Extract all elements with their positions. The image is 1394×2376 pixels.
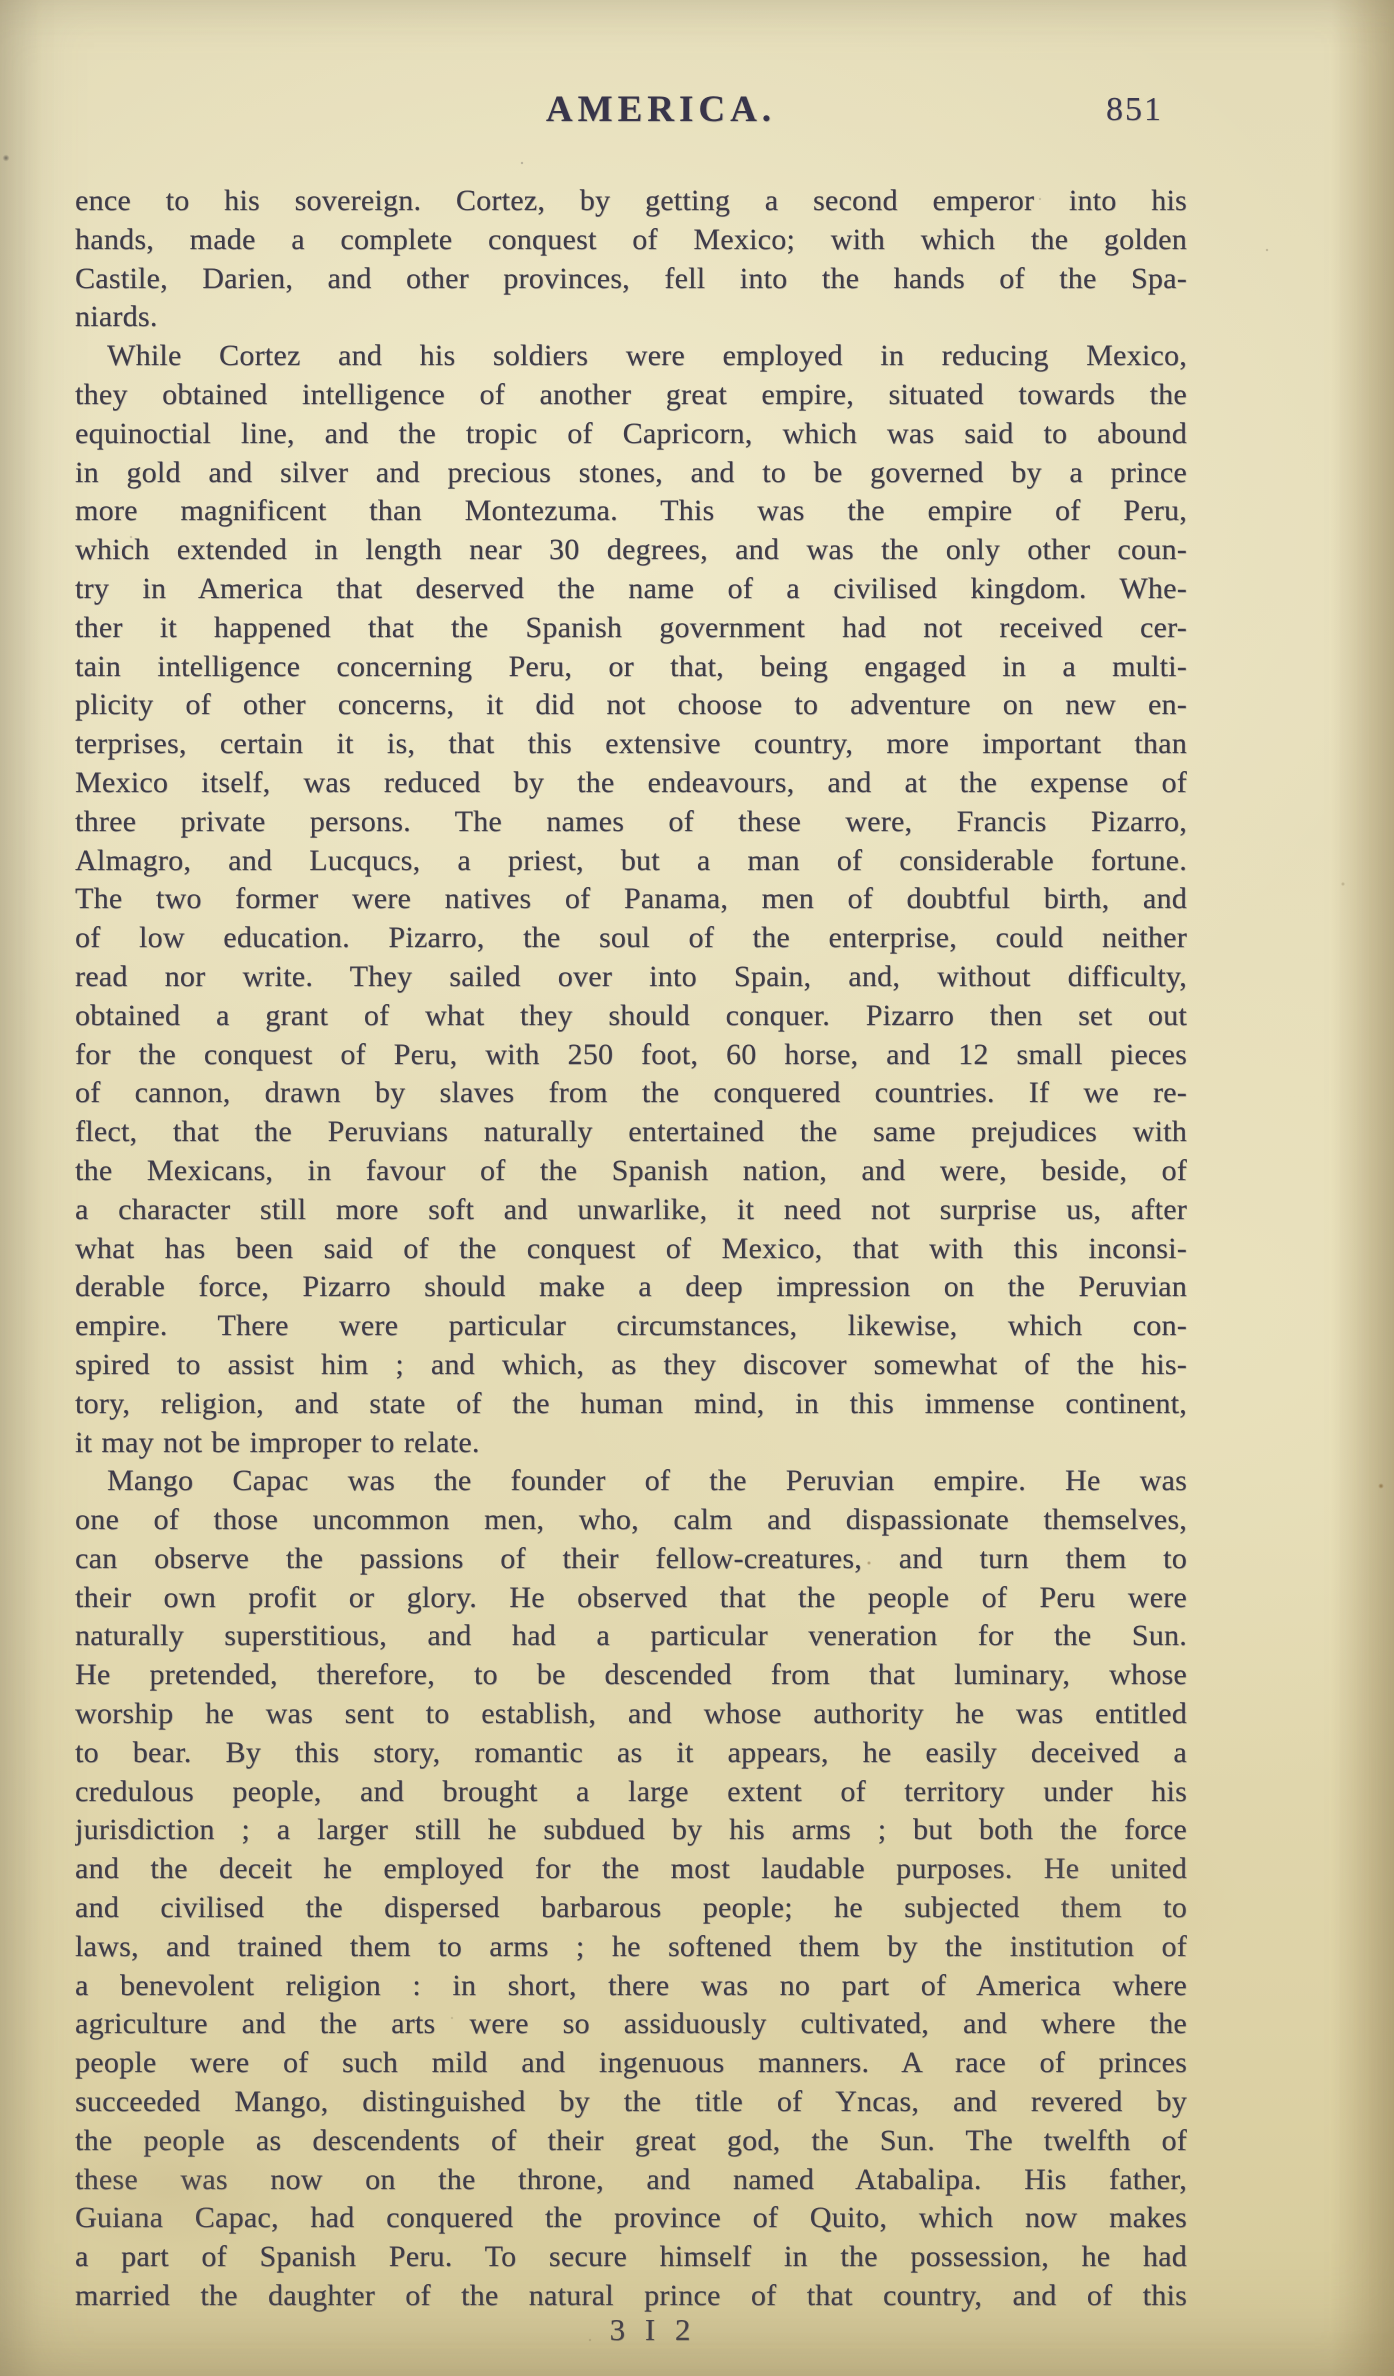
text-line: Guiana Capac, had conquered the province… [75, 2199, 1187, 2238]
text-line: the Mexicans, in favour of the Spanish n… [75, 1152, 1187, 1191]
text-line: tory, religion, and state of the human m… [75, 1385, 1187, 1424]
text-line: read nor write. They sailed over into Sp… [75, 958, 1187, 997]
text-line: niards. [75, 298, 1187, 337]
text-line: derable force, Pizarro should make a dee… [75, 1268, 1187, 1307]
text-line: Almagro, and Lucqucs, a priest, but a ma… [75, 842, 1187, 881]
text-line: credulous people, and brought a large ex… [75, 1773, 1187, 1812]
text-line: to bear. By this story, romantic as it a… [75, 1734, 1187, 1773]
text-line: obtained a grant of what they should con… [75, 997, 1187, 1036]
text-line: it may not be improper to relate. [75, 1424, 1187, 1463]
text-line: what has been said of the conquest of Me… [75, 1230, 1187, 1269]
paragraph: ence to his sovereign. Cortez, by gettin… [75, 182, 1187, 337]
text-line: three private persons. The names of thes… [75, 803, 1187, 842]
text-line: they obtained intelligence of another gr… [75, 376, 1187, 415]
text-line: people were of such mild and ingenuous m… [75, 2044, 1187, 2083]
scanned-book-page: AMERICA. 851 ence to his sovereign. Cort… [0, 0, 1394, 2376]
text-line: Mango Capac was the founder of the Peruv… [75, 1462, 1187, 1501]
signature-mark: 3 I 2 [97, 2312, 1209, 2348]
text-line: a benevolent religion : in short, there … [75, 1967, 1187, 2006]
text-line: in gold and silver and precious stones, … [75, 454, 1187, 493]
text-line: spired to assist him ; and which, as the… [75, 1346, 1187, 1385]
text-line: laws, and trained them to arms ; he soft… [75, 1928, 1187, 1967]
text-line: plicity of other concerns, it did not ch… [75, 686, 1187, 725]
text-line: succeeded Mango, distinguished by the ti… [75, 2083, 1187, 2122]
text-line: of cannon, drawn by slaves from the conq… [75, 1074, 1187, 1113]
text-line: empire. There were particular circumstan… [75, 1307, 1187, 1346]
text-line: ther it happened that the Spanish govern… [75, 609, 1187, 648]
text-line: their own profit or glory. He observed t… [75, 1579, 1187, 1618]
text-line: He pretended, therefore, to be descended… [75, 1656, 1187, 1695]
body-text: ence to his sovereign. Cortez, by gettin… [75, 182, 1187, 2316]
text-line: naturally superstitious, and had a parti… [75, 1617, 1187, 1656]
text-line: one of those uncommon men, who, calm and… [75, 1501, 1187, 1540]
text-line: agriculture and the arts were so assiduo… [75, 2005, 1187, 2044]
text-line: Castile, Darien, and other provinces, fe… [75, 260, 1187, 299]
text-line: While Cortez and his soldiers were emplo… [75, 337, 1187, 376]
text-line: these was now on the throne, and named A… [75, 2161, 1187, 2200]
text-line: worship he was sent to establish, and wh… [75, 1695, 1187, 1734]
text-line: a part of Spanish Peru. To secure himsel… [75, 2238, 1187, 2277]
text-line: terprises, certain it is, that this exte… [75, 725, 1187, 764]
text-line: equinoctial line, and the tropic of Capr… [75, 415, 1187, 454]
running-head: AMERICA. 851 [75, 88, 1187, 142]
text-line: Mexico itself, was reduced by the endeav… [75, 764, 1187, 803]
text-line: tain intelligence concerning Peru, or th… [75, 648, 1187, 687]
paragraph: While Cortez and his soldiers were emplo… [75, 337, 1187, 1462]
text-line: married the daughter of the natural prin… [75, 2277, 1187, 2316]
text-line: The two former were natives of Panama, m… [75, 880, 1187, 919]
text-line: ence to his sovereign. Cortez, by gettin… [75, 182, 1187, 221]
text-line: the people as descendents of their great… [75, 2122, 1187, 2161]
text-line: and civilised the dispersed barbarous pe… [75, 1889, 1187, 1928]
paragraph: Mango Capac was the founder of the Peruv… [75, 1462, 1187, 2316]
text-line: and the deceit he employed for the most … [75, 1850, 1187, 1889]
text-line: hands, made a complete conquest of Mexic… [75, 221, 1187, 260]
page-number: 851 [1106, 91, 1163, 129]
text-line: jurisdiction ; a larger still he subdued… [75, 1811, 1187, 1850]
text-line: more magnificent than Montezuma. This wa… [75, 492, 1187, 531]
text-line: for the conquest of Peru, with 250 foot,… [75, 1036, 1187, 1075]
text-line: can observe the passions of their fellow… [75, 1540, 1187, 1579]
text-line: of low education. Pizarro, the soul of t… [75, 919, 1187, 958]
page-title: AMERICA. [105, 88, 1217, 131]
text-line: a character still more soft and unwarlik… [75, 1191, 1187, 1230]
text-line: which extended in length near 30 degrees… [75, 531, 1187, 570]
text-line: flect, that the Peruvians naturally ente… [75, 1113, 1187, 1152]
text-line: try in America that deserved the name of… [75, 570, 1187, 609]
